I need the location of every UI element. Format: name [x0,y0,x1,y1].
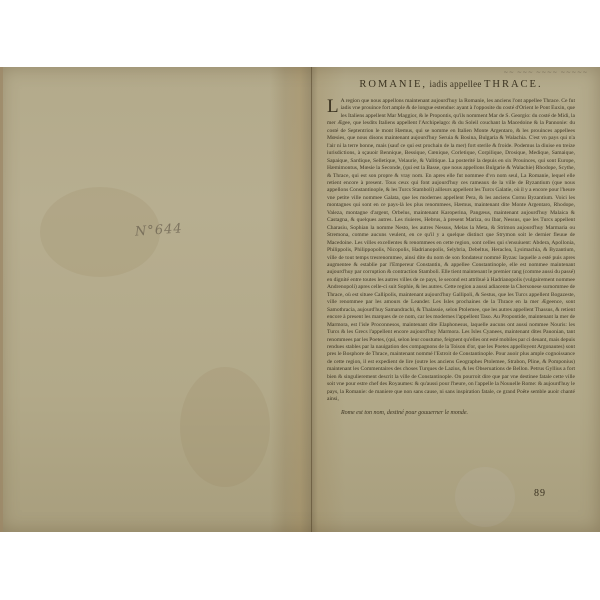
body-paragraph: LA region que nous appellons maintenant … [327,98,575,404]
paper-edge [0,67,3,532]
page-number: 89 [534,488,546,499]
page-title: ROMANIE, iadis appellee THRACE. [327,79,575,90]
document-page: ~~ ~~~ ~~~~ ~~~~~ N°644 ROMANIE, iadis a… [0,67,600,532]
title-part-iadis: iadis appellee [427,79,484,89]
title-part-romanie: ROMANIE, [359,79,427,90]
text-column: ROMANIE, iadis appellee THRACE. LA regio… [327,79,575,416]
closing-motto: Rome est ton nom, destiné pour gouuerner… [341,410,575,416]
handwritten-inventory-number: N°644 [135,221,184,239]
body-text: A region que nous appellons maintenant a… [327,98,575,402]
center-fold [311,67,312,532]
drop-cap: L [327,99,339,114]
title-part-thrace: THRACE. [484,79,543,90]
age-stain [455,467,515,527]
age-stain [180,367,270,487]
margin-note: ~~ ~~~ ~~~~ ~~~~~ [503,69,588,76]
